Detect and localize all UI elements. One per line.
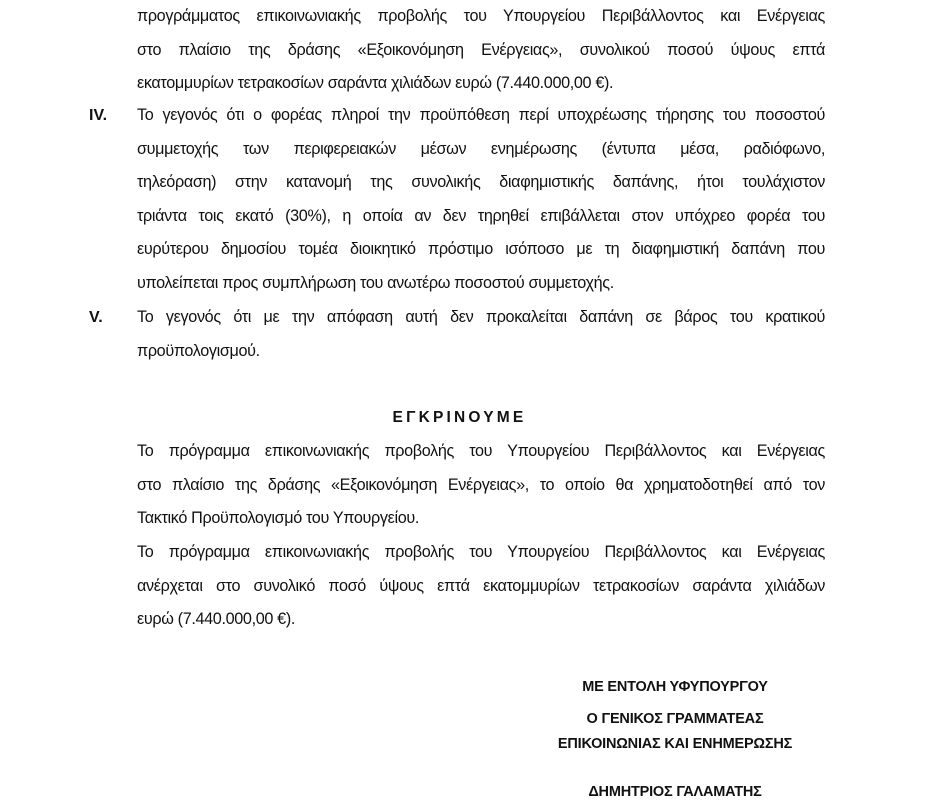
- signature-order-line: ΜΕ ΕΝΤΟΛΗ ΥΦΥΠΟΥΡΓΟΥ: [540, 676, 810, 698]
- text-line: Το γεγονός ότι με την απόφαση αυτή δεν π…: [137, 301, 825, 335]
- item-v-paragraph: Το γεγονός ότι με την απόφαση αυτή δεν π…: [137, 301, 825, 368]
- text-line: συμμετοχής των περιφερειακών μέσων ενημέ…: [137, 133, 825, 167]
- text-line: στο πλαίσιο της δράσης «Εξοικονόμηση Ενέ…: [137, 34, 825, 68]
- text-line: Τακτικό Προϋπολογισμό του Υπουργείου.: [137, 502, 825, 536]
- text-line: Το γεγονός ότι ο φορέας πληροί την προϋπ…: [137, 99, 825, 133]
- text-line: προγράμματος επικοινωνιακής προβολής του…: [137, 0, 825, 34]
- text-line: Το πρόγραμμα επικοινωνιακής προβολής του…: [137, 435, 825, 469]
- text-line: τριάντα τοις εκατό (30%), η οποία αν δεν…: [137, 200, 825, 234]
- signature-title-line-2: ΕΠΙΚΟΙΝΩΝΙΑΣ ΚΑΙ ΕΝΗΜΕΡΩΣΗΣ: [540, 733, 810, 755]
- signatory-name: ΔΗΜΗΤΡΙΟΣ ΓΑΛΑΜΑΤΗΣ: [540, 781, 810, 803]
- document-page: προγράμματος επικοινωνιακής προβολής του…: [0, 0, 933, 805]
- text-line: Το πρόγραμμα επικοινωνιακής προβολής του…: [137, 536, 825, 570]
- text-line: εκατομμυρίων τετρακοσίων σαράντα χιλιάδω…: [137, 67, 825, 101]
- approval-paragraph-2: Το πρόγραμμα επικοινωνιακής προβολής του…: [137, 536, 825, 637]
- text-line: ανέρχεται στο συνολικό ποσό ύψους επτά ε…: [137, 570, 825, 604]
- item-numeral-v: V.: [89, 301, 103, 335]
- approval-heading: ΕΓΚΡΙΝΟΥΜΕ: [0, 404, 926, 432]
- signature-title-line-1: Ο ΓΕΝΙΚΟΣ ΓΡΑΜΜΑΤΕΑΣ: [540, 708, 810, 730]
- text-line: υπολείπεται προς συμπλήρωση του ανωτέρω …: [137, 267, 825, 301]
- text-line: τηλεόραση) στην κατανομή της συνολικής δ…: [137, 166, 825, 200]
- text-line: στο πλαίσιο της δράσης «Εξοικονόμηση Ενέ…: [137, 469, 825, 503]
- approval-paragraph-1: Το πρόγραμμα επικοινωνιακής προβολής του…: [137, 435, 825, 536]
- text-line: προϋπολογισμού.: [137, 335, 825, 369]
- item-numeral-iv: IV.: [89, 99, 107, 133]
- text-line: ευρύτερου δημοσίου τομέα διοικητικό πρόσ…: [137, 233, 825, 267]
- item-iv-paragraph: Το γεγονός ότι ο φορέας πληροί την προϋπ…: [137, 99, 825, 301]
- text-line: ευρώ (7.440.000,00 €).: [137, 603, 825, 637]
- intro-paragraph: προγράμματος επικοινωνιακής προβολής του…: [137, 0, 825, 101]
